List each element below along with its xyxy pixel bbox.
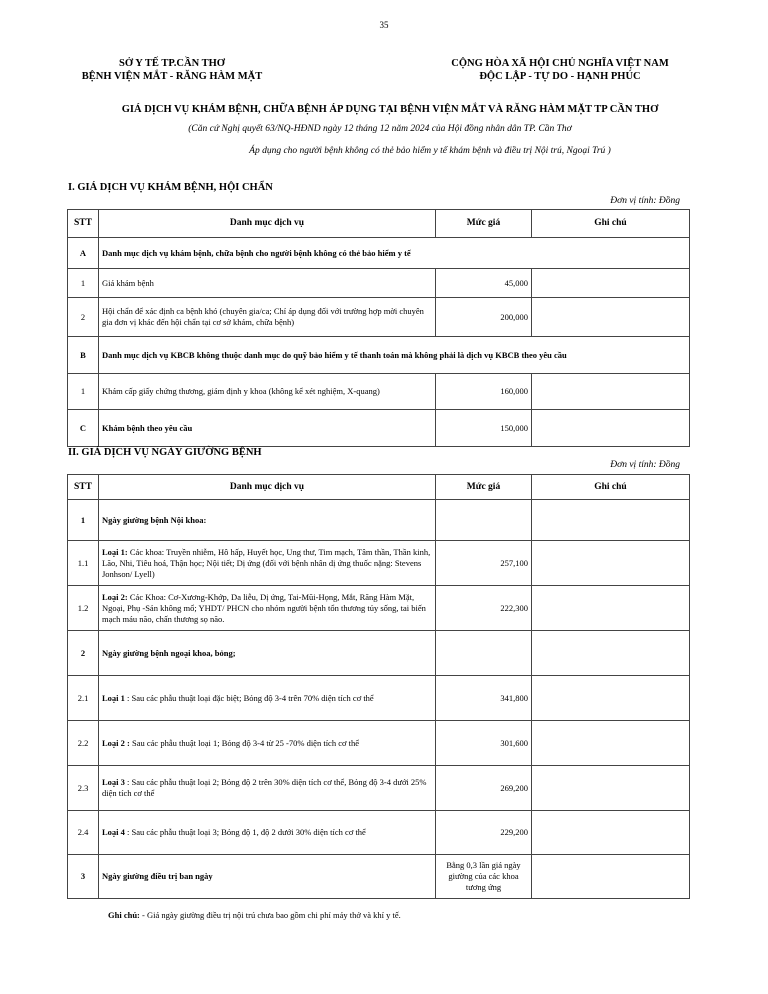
col-header-stt: STT [68,475,99,500]
row-service-type: Loại 4 [102,827,125,837]
footnote-text: - Giá ngày giường điều trị nội trú chưa … [140,910,401,920]
col-header-stt: STT [68,210,99,238]
national-motto: ĐỘC LẬP - TỰ DO - HẠNH PHÚC [410,70,710,83]
col-header-price: Mức giá [436,210,532,238]
group-row-c: C Khám bệnh theo yêu cầu 150,000 [68,410,690,447]
table-header-row: STT Danh mục dịch vụ Mức giá Ghi chú [68,475,690,500]
group-stt: C [68,410,99,447]
national-header: CỘNG HÒA XÃ HỘI CHỦ NGHĨA VIỆT NAM ĐỘC L… [410,57,710,83]
row-service-type: Loại 3 [102,777,125,787]
row-note [532,298,690,337]
row-stt: 1 [68,269,99,298]
col-header-note: Ghi chú [532,210,690,238]
col-header-note: Ghi chú [532,475,690,500]
row-note [532,676,690,721]
row-stt: 2.1 [68,676,99,721]
table-row: 2.4 Loại 4 : Sau các phẫu thuật loại 3; … [68,811,690,855]
issuer-hospital: BỆNH VIỆN MẮT - RĂNG HÀM MẶT [62,70,282,83]
table-row: 1 Khám cấp giấy chứng thương, giám định … [68,374,690,410]
row-note [532,631,690,676]
row-note [532,410,690,447]
table-row: 1.1 Loại 1: Các khoa: Truyền nhiễm, Hô h… [68,541,690,586]
col-header-service: Danh mục dịch vụ [99,475,436,500]
row-service: Loại 4 : Sau các phẫu thuật loại 3; Bỏng… [99,811,436,855]
row-price: 341,800 [436,676,532,721]
table-header-row: STT Danh mục dịch vụ Mức giá Ghi chú [68,210,690,238]
section2-unit: Đơn vị tính: Đồng [520,460,680,470]
row-note [532,855,690,899]
row-stt: 2 [68,631,99,676]
row-price: 269,200 [436,766,532,811]
row-service: Loại 3 : Sau các phẫu thuật loại 2; Bỏng… [99,766,436,811]
table-row: 3 Ngày giường điều trị ban ngày Bằng 0,3… [68,855,690,899]
row-note [532,766,690,811]
footnote-label: Ghi chú: [108,910,140,920]
section2-title: II. GIÁ DỊCH VỤ NGÀY GIƯỜNG BỆNH [68,447,262,458]
row-price: 222,300 [436,586,532,631]
group-label: Danh mục dịch vụ khám bệnh, chữa bệnh ch… [99,238,690,269]
row-service-type: Loại 2: [102,592,128,602]
row-price: 229,200 [436,811,532,855]
table-row: 2 Hội chẩn để xác định ca bệnh khó (chuy… [68,298,690,337]
row-service: Loại 2: Các Khoa: Cơ-Xương-Khớp, Da liễu… [99,586,436,631]
table-row: 2 Ngày giường bệnh ngoại khoa, bỏng; [68,631,690,676]
footnote: Ghi chú: - Giá ngày giường điều trị nội … [108,910,401,920]
row-stt: 1.1 [68,541,99,586]
col-header-price: Mức giá [436,475,532,500]
group-label: Danh mục dịch vụ KBCB không thuộc danh m… [99,337,690,374]
row-note [532,721,690,766]
row-stt: 2 [68,298,99,337]
group-stt: B [68,337,99,374]
national-name: CỘNG HÒA XÃ HỘI CHỦ NGHĨA VIỆT NAM [410,57,710,70]
row-stt: 3 [68,855,99,899]
bed-day-price-table: STT Danh mục dịch vụ Mức giá Ghi chú 1 N… [67,474,690,899]
row-stt: 2.2 [68,721,99,766]
document-subtitle-basis: (Căn cứ Nghị quyết 63/NQ-HĐND ngày 12 th… [60,124,700,134]
document-subtitle-scope: Áp dụng cho người bệnh không có thẻ bảo … [150,146,710,156]
row-note [532,500,690,541]
table-row: 2.1 Loại 1 : Sau các phẫu thuật loại đặc… [68,676,690,721]
row-stt: 1.2 [68,586,99,631]
row-service: Giá khám bệnh [99,269,436,298]
row-service-type: Loại 1 [102,693,125,703]
group-row-b: B Danh mục dịch vụ KBCB không thuộc danh… [68,337,690,374]
row-service: Ngày giường bệnh ngoại khoa, bỏng; [99,631,436,676]
table-row: 2.2 Loại 2 : Sau các phẫu thuật loại 1; … [68,721,690,766]
row-price: 150,000 [436,410,532,447]
row-service-desc: Sau các phẫu thuật loại 1; Bỏng độ 3-4 t… [130,738,359,748]
row-service-type: Loại 2 : [102,738,130,748]
row-price: 200,000 [436,298,532,337]
row-service-desc: Các Khoa: Cơ-Xương-Khớp, Da liễu, Dị ứng… [102,592,426,624]
row-note [532,586,690,631]
table-row: 1 Giá khám bệnh 45,000 [68,269,690,298]
row-stt: 2.3 [68,766,99,811]
group-row-a: A Danh mục dịch vụ khám bệnh, chữa bệnh … [68,238,690,269]
table-row: 1 Ngày giường bệnh Nội khoa: [68,500,690,541]
row-price: 301,600 [436,721,532,766]
row-service-desc: Các khoa: Truyền nhiễm, Hô hấp, Huyết họ… [102,547,430,579]
document-title: GIÁ DỊCH VỤ KHÁM BỆNH, CHỮA BỆNH ÁP DỤNG… [60,104,720,115]
row-price [436,631,532,676]
row-service: Loại 1: Các khoa: Truyền nhiễm, Hô hấp, … [99,541,436,586]
issuer-department: SỞ Y TẾ TP.CẦN THƠ [62,57,282,70]
row-price [436,500,532,541]
table-row: 2.3 Loại 3 : Sau các phẫu thuật loại 2; … [68,766,690,811]
row-note [532,541,690,586]
row-service: Ngày giường điều trị ban ngày [99,855,436,899]
row-service-desc: : Sau các phẫu thuật loại 3; Bỏng độ 1, … [125,827,366,837]
group-label: Khám bệnh theo yêu cầu [99,410,436,447]
row-stt: 1 [68,500,99,541]
row-price: 257,100 [436,541,532,586]
row-service: Loại 2 : Sau các phẫu thuật loại 1; Bỏng… [99,721,436,766]
row-service: Loại 1 : Sau các phẫu thuật loại đặc biệ… [99,676,436,721]
row-service: Hội chẩn để xác định ca bệnh khó (chuyên… [99,298,436,337]
section1-unit: Đơn vị tính: Đồng [520,196,680,206]
row-service: Khám cấp giấy chứng thương, giám định y … [99,374,436,410]
row-stt: 1 [68,374,99,410]
row-price: Bằng 0,3 lần giá ngày giường của các kho… [436,855,532,899]
row-service-desc: : Sau các phẫu thuật loại 2; Bỏng độ 2 t… [102,777,427,798]
col-header-service: Danh mục dịch vụ [99,210,436,238]
section1-title: I. GIÁ DỊCH VỤ KHÁM BỆNH, HỘI CHẨN [68,182,273,193]
row-price: 45,000 [436,269,532,298]
page-number: 35 [0,20,768,30]
table-row: 1.2 Loại 2: Các Khoa: Cơ-Xương-Khớp, Da … [68,586,690,631]
row-note [532,374,690,410]
row-price: 160,000 [436,374,532,410]
row-service-desc: : Sau các phẫu thuật loại đặc biệt; Bỏng… [125,693,374,703]
row-service: Ngày giường bệnh Nội khoa: [99,500,436,541]
row-note [532,811,690,855]
row-stt: 2.4 [68,811,99,855]
exam-price-table: STT Danh mục dịch vụ Mức giá Ghi chú A D… [67,209,690,447]
group-stt: A [68,238,99,269]
row-note [532,269,690,298]
row-service-type: Loại 1: [102,547,128,557]
issuer-header: SỞ Y TẾ TP.CẦN THƠ BỆNH VIỆN MẮT - RĂNG … [62,57,282,83]
